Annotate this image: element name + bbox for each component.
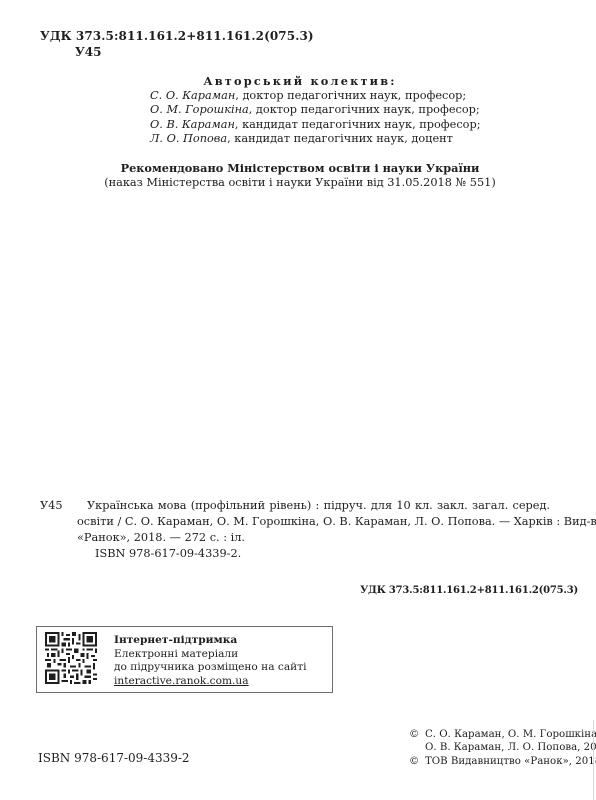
biblio-line: «Ранок», 2018. — 272 с. : іл. [40,530,550,546]
copyright-block: ©С. О. Караман, О. М. Горошкіна, О. В. К… [409,728,596,768]
page-edge-divider [593,720,594,800]
biblio-udk: УДК 373.5:811.161.2+811.161.2(075.3) [360,585,578,596]
internet-support-title: Інтернет-підтримка [114,634,306,648]
biblio-code: У45 [40,498,87,514]
copyright-publisher: ТОВ Видавництво «Ранок», 2018 [425,755,596,768]
recommendation-title: Рекомендовано Міністерством освіти і нау… [100,161,500,176]
biblio-line: освіти / С. О. Караман, О. М. Горошкіна,… [40,514,550,530]
author-sign: У45 [75,45,101,59]
ministry-recommendation: Рекомендовано Міністерством освіти і нау… [100,161,500,190]
support-description: до підручника розміщено на сайті [114,661,306,675]
internet-support-text: Інтернет-підтримка Електронні матеріали … [114,634,306,688]
authors-heading: Авторський колектив: [150,74,450,89]
author-entry: С. О. Караман, доктор педагогічних наук,… [150,89,450,104]
authors-block: Авторський колектив: С. О. Караман, докт… [150,74,450,147]
isbn-footer: ISBN 978-617-09-4339-2 [38,751,190,765]
internet-support-box: Інтернет-підтримка Електронні матеріали … [36,626,333,693]
author-entry: Л. О. Попова, кандидат педагогічних наук… [150,132,450,147]
author-entry: О. М. Горошкіна, доктор педагогічних нау… [150,103,450,118]
biblio-isbn: ISBN 978-617-09-4339-2. [40,546,550,562]
copyright-icon: © [409,755,425,768]
recommendation-order: (наказ Міністерства освіти і науки Украї… [100,176,500,191]
support-website-link[interactable]: interactive.ranok.com.ua [114,675,306,689]
author-entry: О. В. Караман, кандидат педагогічних нау… [150,118,450,133]
udk-classification: УДК 373.5:811.161.2+811.161.2(075.3) [40,29,314,43]
support-description: Електронні матеріали [114,648,306,662]
copyright-authors: С. О. Караман, О. М. Горошкіна, [425,728,596,741]
copyright-icon: © [409,728,425,741]
bibliographic-record: У45 Українська мова (профільний рівень) … [40,498,550,562]
qr-code-icon[interactable] [45,632,97,684]
copyright-authors: О. В. Караман, Л. О. Попова, 2018 [425,741,596,754]
biblio-line: Українська мова (профільний рівень) : пі… [87,498,550,514]
